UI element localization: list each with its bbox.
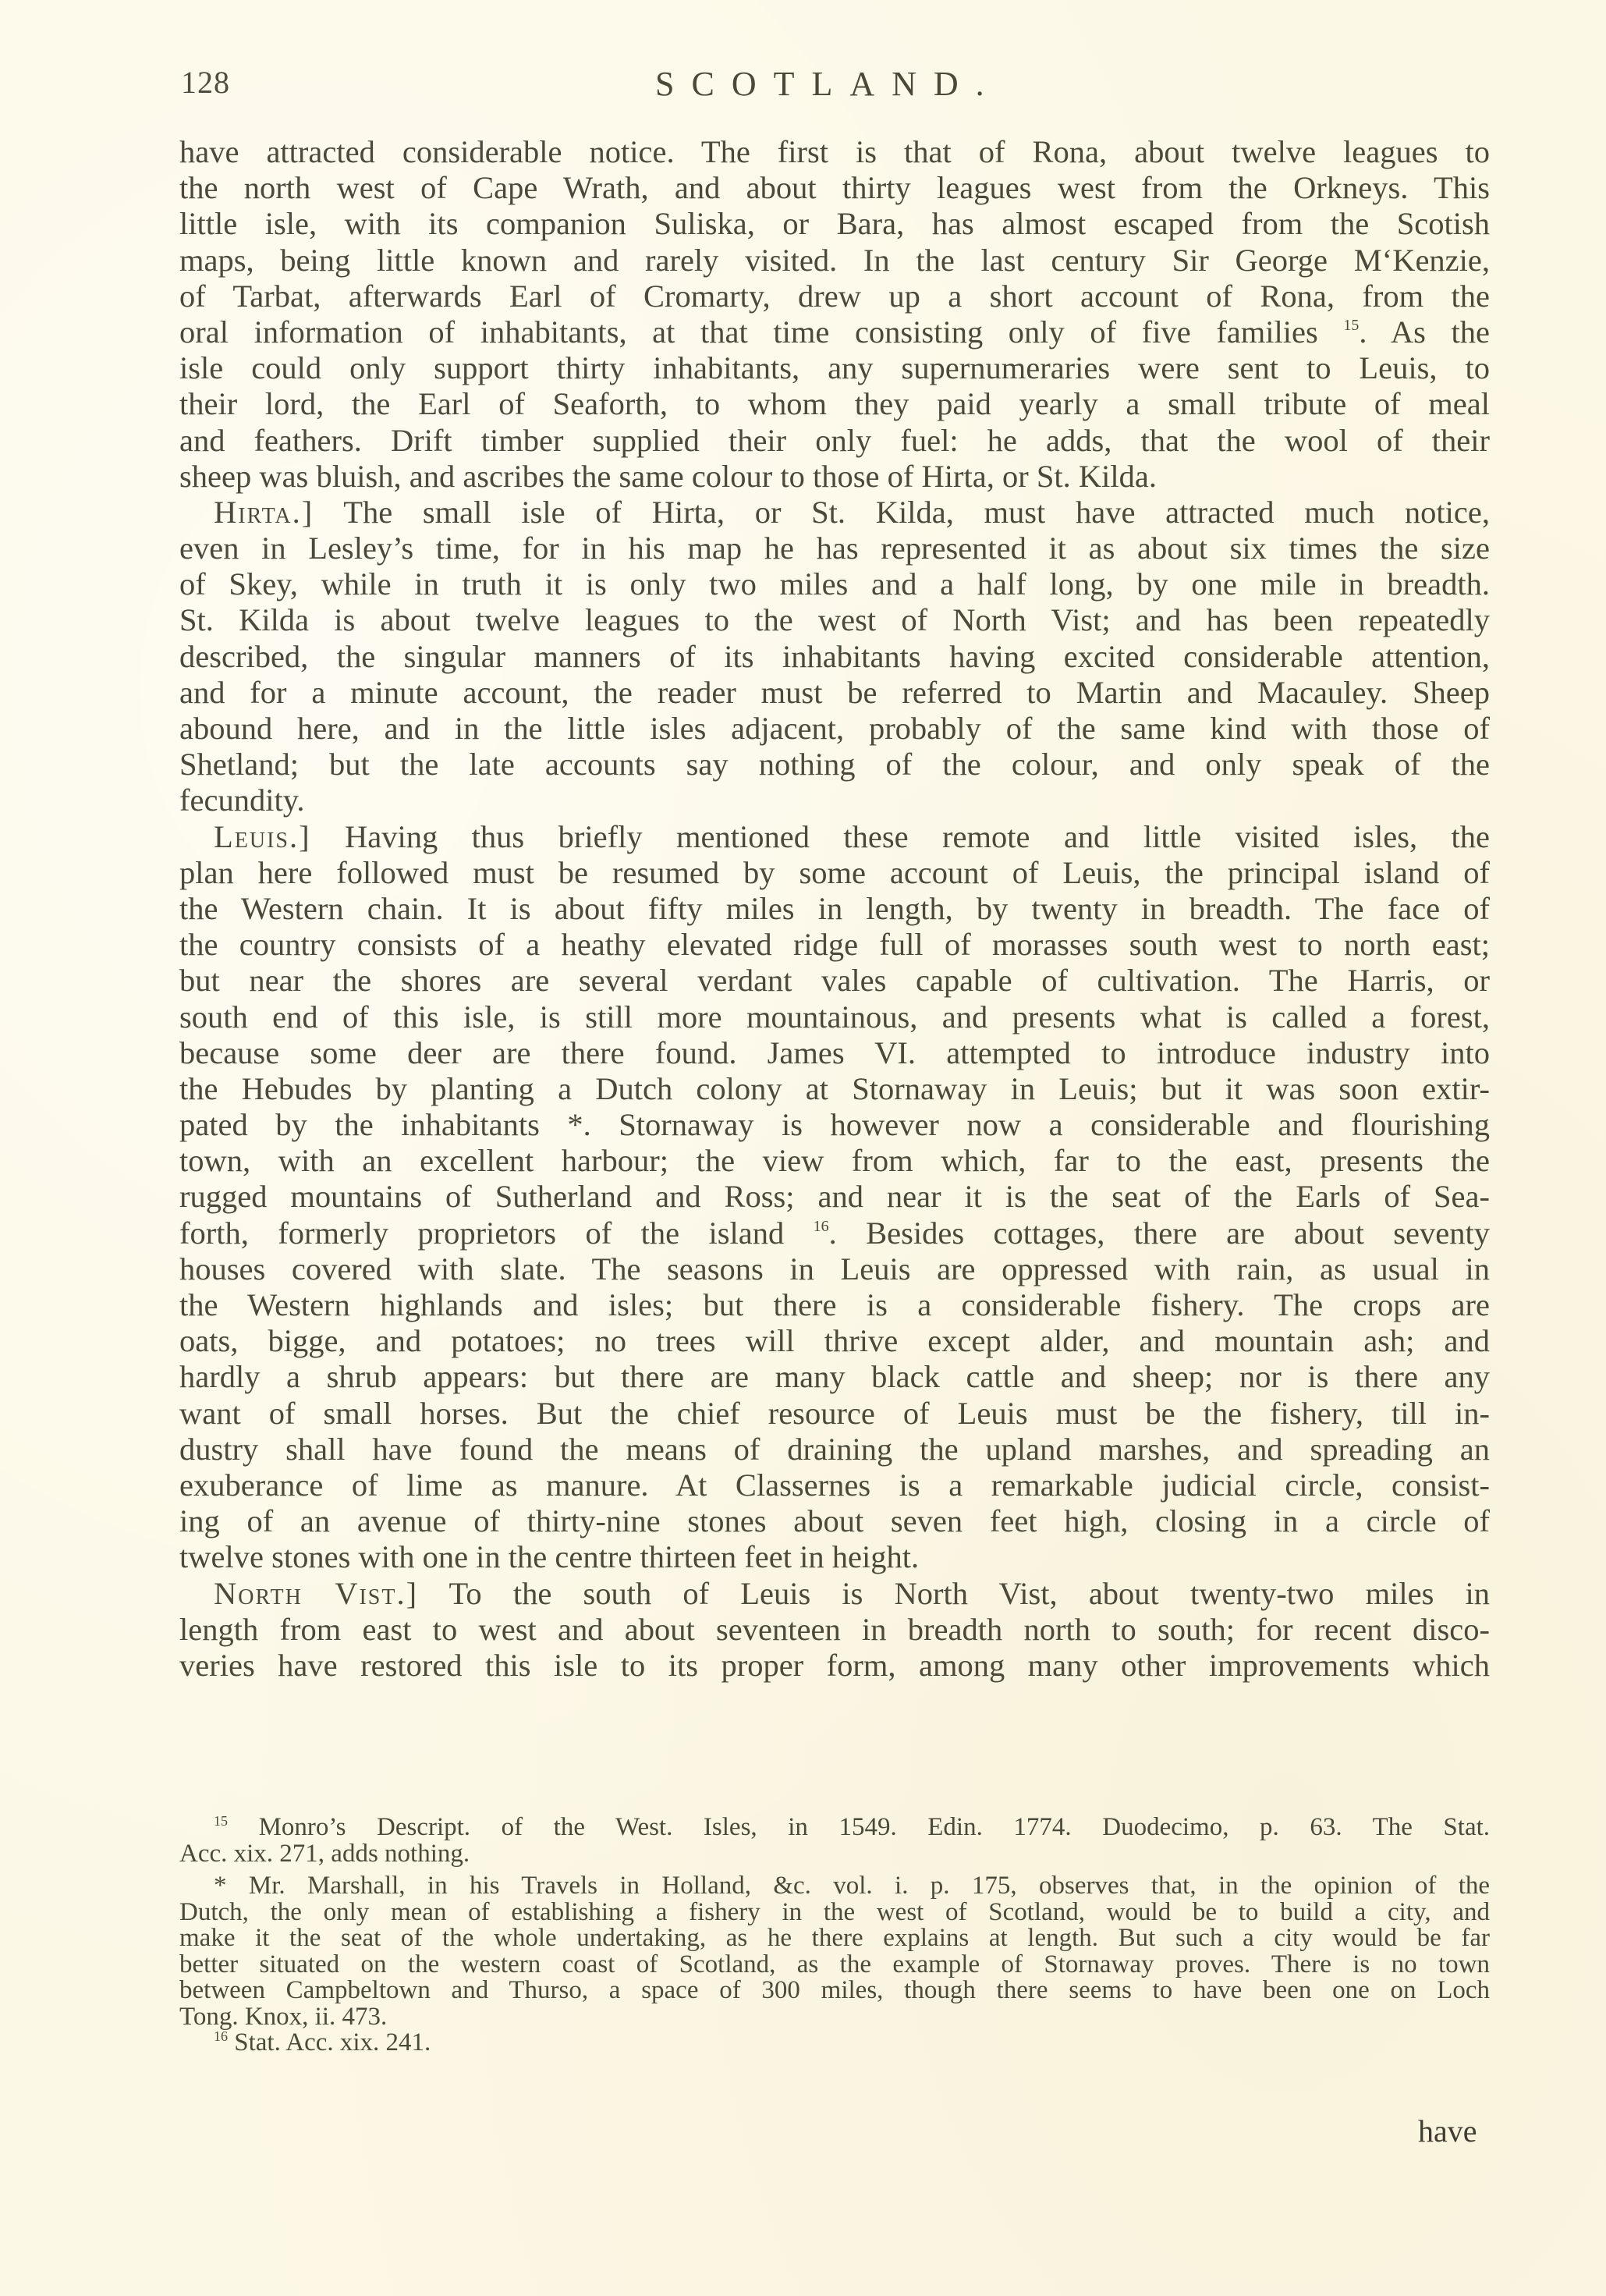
- text-line: of Tarbat, afterwards Earl of Cromarty, …: [179, 279, 1490, 314]
- footnote-15: 15 Monro’s Descript. of the West. Isles,…: [179, 1815, 1490, 1867]
- footnote-mark-16: 16: [214, 2028, 228, 2044]
- footnote-line: Acc. xix. 271, adds nothing.: [179, 1841, 1490, 1868]
- text-line: rugged mountains of Sutherland and Ross;…: [179, 1179, 1490, 1215]
- text-line: oral information of inhabitants, at that…: [179, 314, 1490, 350]
- text-line: pated by the inhabitants *. Stornaway is…: [179, 1107, 1490, 1143]
- text-line: length from east to west and about seven…: [179, 1612, 1490, 1648]
- text-line: twelve stones with one in the centre thi…: [179, 1539, 1490, 1575]
- page-header: 128 SCOTLAND.: [179, 64, 1490, 111]
- footnote-line: make it the seat of the whole undertakin…: [179, 1925, 1490, 1952]
- footnote-text: Stat. Acc. xix. 241.: [234, 2028, 431, 2056]
- text-line: the Hebudes by planting a Dutch colony a…: [179, 1071, 1490, 1107]
- footnote-line: 16 Stat. Acc. xix. 241.: [179, 2030, 1490, 2056]
- line-text: The small isle of Hirta, or St. Kilda, m…: [314, 495, 1490, 530]
- footnote-line: between Campbeltown and Thurso, a space …: [179, 1978, 1490, 2004]
- text-line: and for a minute account, the reader mus…: [179, 675, 1490, 711]
- text-line: their lord, the Earl of Seaforth, to who…: [179, 386, 1490, 422]
- section-hirta-first-line: Hirta.] The small isle of Hirta, or St. …: [179, 495, 1490, 531]
- text-line: Shetland; but the late accounts say noth…: [179, 747, 1490, 782]
- text-line: the Western highlands and isles; but the…: [179, 1287, 1490, 1323]
- text-line: forth, formerly proprietors of the islan…: [179, 1215, 1490, 1251]
- text-line: little isle, with its companion Suliska,…: [179, 206, 1490, 242]
- text-line: dustry shall have found the means of dra…: [179, 1432, 1490, 1467]
- section-heading-north-vist: North Vist.]: [214, 1576, 418, 1611]
- text-line: the country consists of a heathy elevate…: [179, 927, 1490, 963]
- text-line: sheep was bluish, and ascribes the same …: [179, 459, 1490, 495]
- section-heading-leuis: Leuis.]: [214, 819, 311, 854]
- text-line: the north west of Cape Wrath, and about …: [179, 170, 1490, 206]
- footnote-line: Tong. Knox, ii. 473.: [179, 2004, 1490, 2031]
- text-line: veries have restored this isle to its pr…: [179, 1648, 1490, 1684]
- text-line: because some deer are there found. James…: [179, 1035, 1490, 1071]
- text-line: abound here, and in the little isles adj…: [179, 711, 1490, 747]
- text-line: hardly a shrub appears: but there are ma…: [179, 1359, 1490, 1395]
- line-text: . Besides cottages, there are about seve…: [829, 1215, 1490, 1251]
- text-line: isle could only support thirty inhabitan…: [179, 350, 1490, 386]
- text-line: houses covered with slate. The seasons i…: [179, 1251, 1490, 1287]
- text-line: and feathers. Drift timber supplied thei…: [179, 423, 1490, 459]
- line-text: Having thus briefly mentioned these remo…: [311, 819, 1490, 854]
- text-line: want of small horses. But the chief reso…: [179, 1396, 1490, 1432]
- footnote-ref-15[interactable]: 15: [1343, 317, 1359, 334]
- line-text: . As the: [1359, 314, 1490, 350]
- book-page: 128 SCOTLAND. have attracted considerabl…: [0, 0, 1606, 2296]
- text-line: but near the shores are several verdant …: [179, 963, 1490, 999]
- footnote-line: better situated on the western coast of …: [179, 1952, 1490, 1978]
- footnote-text: Mr. Marshall, in his Travels in Holland,…: [249, 1872, 1490, 1900]
- footnote-star: * Mr. Marshall, in his Travels in Hollan…: [179, 1873, 1490, 2030]
- footnote-mark-star: *: [214, 1872, 227, 1900]
- section-leuis-first-line: Leuis.] Having thus briefly mentioned th…: [179, 819, 1490, 855]
- body-text: have attracted considerable notice. The …: [179, 134, 1490, 1684]
- footnote-text: Monro’s Descript. of the West. Isles, in…: [259, 1813, 1490, 1841]
- text-line: south end of this isle, is still more mo…: [179, 999, 1490, 1035]
- text-line: ing of an avenue of thirty-nine stones a…: [179, 1503, 1490, 1539]
- text-line: even in Lesley’s time, for in his map he…: [179, 531, 1490, 566]
- footnote-16: 16 Stat. Acc. xix. 241.: [179, 2030, 1490, 2056]
- text-line: maps, being little known and rarely visi…: [179, 243, 1490, 279]
- catchword: have: [1418, 2113, 1477, 2149]
- page-number: 128: [181, 64, 230, 101]
- text-line: of Skey, while in truth it is only two m…: [179, 566, 1490, 602]
- line-text: oral information of inhabitants, at that…: [179, 314, 1318, 350]
- line-text: To the south of Leuis is North Vist, abo…: [418, 1576, 1490, 1611]
- text-line: oats, bigge, and potatoes; no trees will…: [179, 1323, 1490, 1359]
- footnote-mark-15: 15: [214, 1813, 228, 1829]
- line-text: forth, formerly proprietors of the islan…: [179, 1215, 784, 1251]
- footnote-line: * Mr. Marshall, in his Travels in Hollan…: [179, 1873, 1490, 1900]
- text-line: the Western chain. It is about fifty mil…: [179, 891, 1490, 927]
- section-heading-hirta: Hirta.]: [214, 495, 314, 530]
- text-line: St. Kilda is about twelve leagues to the…: [179, 602, 1490, 638]
- text-line: have attracted considerable notice. The …: [179, 134, 1490, 170]
- text-line: town, with an excellent harbour; the vie…: [179, 1143, 1490, 1179]
- text-line: described, the singular manners of its i…: [179, 639, 1490, 675]
- text-line: fecundity.: [179, 782, 1490, 818]
- running-head: SCOTLAND.: [655, 64, 1002, 104]
- footnote-line: Dutch, the only mean of establishing a f…: [179, 1900, 1490, 1926]
- footnote-line: 15 Monro’s Descript. of the West. Isles,…: [179, 1815, 1490, 1841]
- footnotes: 15 Monro’s Descript. of the West. Isles,…: [179, 1815, 1490, 2056]
- section-north-vist-first-line: North Vist.] To the south of Leuis is No…: [179, 1576, 1490, 1612]
- text-line: exuberance of lime as manure. At Classer…: [179, 1467, 1490, 1503]
- text-line: plan here followed must be resumed by so…: [179, 855, 1490, 891]
- footnote-ref-16[interactable]: 16: [814, 1218, 829, 1235]
